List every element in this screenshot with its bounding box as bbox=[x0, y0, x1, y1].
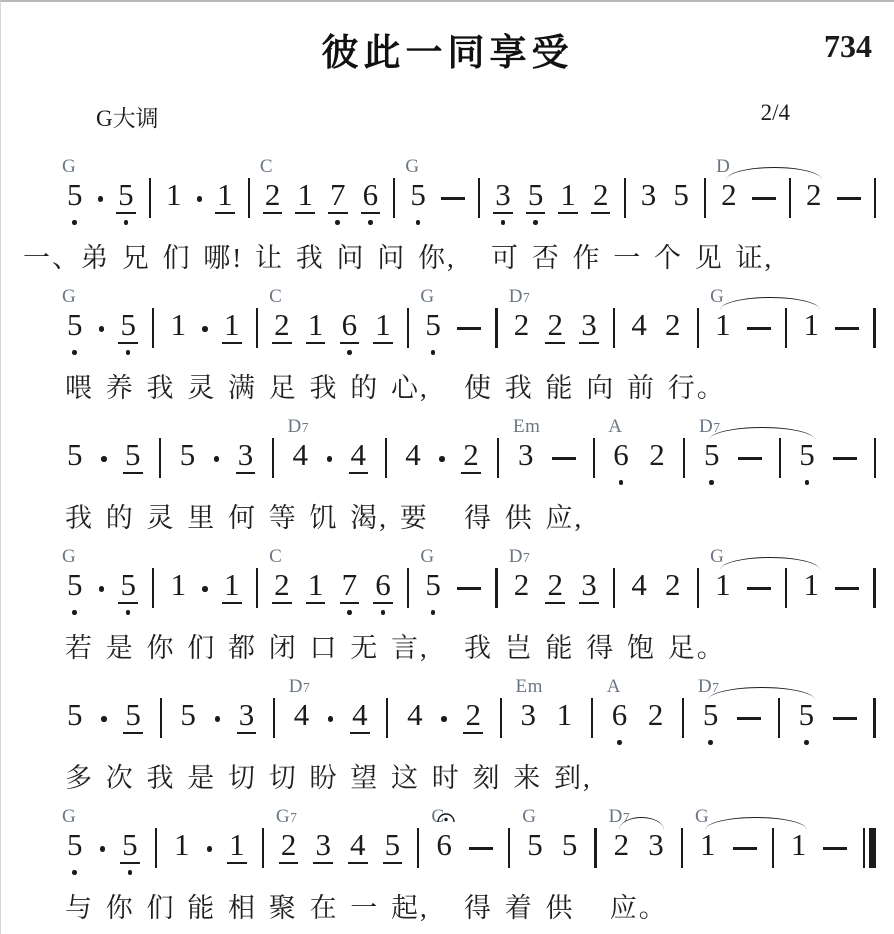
note: G1 bbox=[698, 830, 718, 864]
note: 1 bbox=[373, 310, 393, 346]
low-octave-dot bbox=[126, 610, 131, 615]
barline bbox=[497, 438, 499, 478]
note-digit: 5 bbox=[65, 440, 85, 474]
barline bbox=[385, 438, 387, 478]
sustain-dash bbox=[737, 717, 761, 720]
low-octave-dot bbox=[72, 220, 77, 225]
note: 1 bbox=[222, 570, 242, 606]
lyrics-line: 喂 养 我 灵 满 足 我 的 心, 使 我 能 向 前 行。 bbox=[65, 371, 876, 405]
chord-label: G bbox=[695, 807, 709, 826]
note: A6 bbox=[610, 700, 630, 734]
notation-line: 5553D74442Em3A62D755 bbox=[65, 414, 876, 496]
augmentation-dot bbox=[327, 456, 333, 462]
note-digit: 5 bbox=[525, 830, 545, 864]
note-digit: 5 bbox=[408, 180, 428, 214]
music-system: 5553D74442Em31A62D755多 次 我 是 切 切 盼 望 这 时… bbox=[1, 670, 894, 800]
note-digit: 3 bbox=[646, 830, 666, 864]
note: 5 bbox=[383, 830, 403, 866]
note-digit: 5 bbox=[178, 700, 198, 734]
note-digit: 3 bbox=[519, 700, 539, 734]
note-digit: 5 bbox=[116, 180, 136, 214]
note: C2 bbox=[272, 570, 292, 606]
note-digit: 2 bbox=[512, 310, 532, 344]
note: D72 bbox=[512, 570, 532, 604]
barline bbox=[152, 568, 154, 608]
note: 2 bbox=[646, 700, 666, 734]
low-octave-dot bbox=[709, 480, 714, 485]
note-digit: 2 bbox=[512, 570, 532, 604]
note-digit: 4 bbox=[629, 310, 649, 344]
chord-label: C bbox=[260, 157, 273, 176]
low-octave-dot bbox=[416, 220, 421, 225]
note: G5 bbox=[525, 830, 545, 864]
low-octave-dot bbox=[124, 220, 129, 225]
notation-line: G5511C2176G5351235D22 bbox=[65, 154, 876, 236]
note: 1 bbox=[227, 830, 247, 866]
barline bbox=[495, 308, 497, 348]
note: 2 bbox=[804, 180, 824, 214]
music-system: 5553D74442Em3A62D755我 的 灵 里 何 等 饥 渴, 要 得… bbox=[1, 410, 894, 540]
barline bbox=[682, 698, 684, 738]
note-digit: 1 bbox=[172, 830, 192, 864]
notation-line: G5511G72345C6G55D723G11 bbox=[65, 804, 876, 886]
note: 7 bbox=[340, 570, 360, 606]
note-digit: 5 bbox=[560, 830, 580, 864]
note-digit: 2 bbox=[461, 440, 481, 474]
note-digit: 2 bbox=[719, 180, 739, 214]
low-octave-dot bbox=[431, 610, 436, 615]
note-digit: 1 bbox=[558, 180, 578, 214]
augmentation-dot bbox=[328, 716, 334, 722]
note: 5 bbox=[797, 440, 817, 474]
note: 1 bbox=[802, 570, 822, 604]
note-digit: 5 bbox=[120, 830, 140, 864]
barline bbox=[873, 698, 875, 738]
note: 1 bbox=[558, 180, 578, 216]
note: D2 bbox=[719, 180, 739, 214]
note-digit: 2 bbox=[463, 700, 483, 734]
note: 3 bbox=[237, 700, 257, 736]
sustain-dash bbox=[457, 587, 481, 590]
note-digit: 4 bbox=[405, 700, 425, 734]
note-digit: 3 bbox=[579, 310, 599, 344]
barline bbox=[772, 828, 774, 868]
barline bbox=[407, 308, 409, 348]
barline bbox=[256, 308, 258, 348]
sustain-dash bbox=[738, 457, 762, 460]
note: 2 bbox=[463, 700, 483, 736]
note-digit: 5 bbox=[423, 570, 443, 604]
note-digit: 5 bbox=[65, 310, 85, 344]
augmentation-dot bbox=[202, 586, 208, 592]
note-digit: 5 bbox=[118, 570, 138, 604]
augmentation-dot bbox=[101, 456, 107, 462]
sustain-dash bbox=[837, 197, 861, 200]
barline bbox=[874, 178, 876, 218]
barline bbox=[683, 438, 685, 478]
page-header: 734 彼此一同享受 G大调 2/4 bbox=[1, 22, 894, 150]
chord-label: G bbox=[420, 547, 434, 566]
note: G72 bbox=[279, 830, 299, 866]
chord-label: G bbox=[710, 287, 724, 306]
note-digit: 2 bbox=[263, 180, 283, 214]
note: 1 bbox=[802, 310, 822, 344]
chord-label: D bbox=[716, 157, 730, 176]
note-digit: 3 bbox=[579, 570, 599, 604]
note: 5 bbox=[118, 310, 138, 346]
note-digit: 5 bbox=[123, 440, 143, 474]
note-digit: 1 bbox=[227, 830, 247, 864]
note-digit: 1 bbox=[306, 310, 326, 344]
low-octave-dot bbox=[128, 870, 133, 875]
note-digit: 1 bbox=[215, 180, 235, 214]
note-digit: 2 bbox=[612, 830, 632, 864]
note-digit: 5 bbox=[65, 570, 85, 604]
note-digit: 6 bbox=[340, 310, 360, 344]
augmentation-dot bbox=[439, 456, 445, 462]
notation-area: G5511C2176G5351235D22一、弟 兄 们 哪! 让 我 问 问 … bbox=[1, 150, 894, 930]
hymn-title: 彼此一同享受 bbox=[1, 22, 894, 76]
barline bbox=[500, 698, 502, 738]
note-digit: 5 bbox=[423, 310, 443, 344]
note: 3 bbox=[579, 570, 599, 606]
music-system: G5511C2176G5D722342G11若 是 你 们 都 闭 口 无 言,… bbox=[1, 540, 894, 670]
low-octave-dot bbox=[533, 220, 538, 225]
low-octave-dot bbox=[335, 220, 340, 225]
barline bbox=[873, 308, 875, 348]
note: 1 bbox=[295, 180, 315, 216]
note: 5 bbox=[65, 700, 85, 734]
tie-curve bbox=[726, 167, 822, 180]
note: Em3 bbox=[519, 700, 539, 734]
barline bbox=[785, 568, 787, 608]
note-digit: 3 bbox=[639, 180, 659, 214]
barline bbox=[386, 698, 388, 738]
note-digit: 5 bbox=[65, 700, 85, 734]
note: 1 bbox=[222, 310, 242, 346]
final-barline bbox=[863, 828, 876, 868]
hymn-sheet-page: { "page": { "title": "彼此一同享受", "number":… bbox=[0, 0, 894, 934]
note: G5 bbox=[423, 310, 443, 344]
note-digit: 2 bbox=[663, 310, 683, 344]
note-digit: 2 bbox=[545, 570, 565, 604]
note: D75 bbox=[701, 700, 721, 734]
chord-label: G bbox=[62, 157, 76, 176]
barline bbox=[393, 178, 395, 218]
augmentation-dot bbox=[197, 196, 203, 202]
chord-label: Em bbox=[513, 417, 540, 436]
note-digit: 1 bbox=[698, 830, 718, 864]
note-digit: 1 bbox=[164, 180, 184, 214]
note: 2 bbox=[545, 310, 565, 346]
note: 1 bbox=[169, 310, 189, 344]
barline bbox=[624, 178, 626, 218]
note: 2 bbox=[663, 570, 683, 604]
music-system: G5511C2176G5351235D22一、弟 兄 们 哪! 让 我 问 问 … bbox=[1, 150, 894, 280]
barline bbox=[272, 438, 274, 478]
sustain-dash bbox=[469, 847, 493, 850]
note-digit: 5 bbox=[702, 440, 722, 474]
note: 6 bbox=[373, 570, 393, 606]
note-digit: 1 bbox=[295, 180, 315, 214]
augmentation-dot bbox=[99, 586, 105, 592]
lyrics-line: 与 你 们 能 相 聚 在 一 起, 得 着 供 应。 bbox=[65, 891, 876, 925]
notation-line: G5511C2161G5D722342G11 bbox=[65, 284, 876, 366]
note: 2 bbox=[663, 310, 683, 344]
note: D74 bbox=[292, 700, 312, 734]
sustain-dash bbox=[835, 327, 859, 330]
barline bbox=[159, 438, 161, 478]
note: 5 bbox=[178, 440, 198, 474]
note-digit: 7 bbox=[328, 180, 348, 214]
note: C2 bbox=[272, 310, 292, 346]
note-digit: 4 bbox=[349, 440, 369, 474]
barline bbox=[779, 438, 781, 478]
barline bbox=[508, 828, 510, 868]
note: 4 bbox=[349, 440, 369, 476]
low-octave-dot bbox=[619, 480, 624, 485]
chord-label: G bbox=[405, 157, 419, 176]
augmentation-dot bbox=[441, 716, 447, 722]
barline bbox=[594, 828, 596, 868]
chord-label: G bbox=[62, 287, 76, 306]
note: 1 bbox=[789, 830, 809, 864]
note: 4 bbox=[629, 310, 649, 344]
note-digit: 3 bbox=[516, 440, 536, 474]
note-digit: 1 bbox=[169, 570, 189, 604]
low-octave-dot bbox=[708, 740, 713, 745]
note: 1 bbox=[555, 700, 575, 734]
note: 5 bbox=[560, 830, 580, 864]
chord-label: C bbox=[269, 287, 282, 306]
barline bbox=[256, 568, 258, 608]
note-digit: 2 bbox=[646, 700, 666, 734]
barline bbox=[874, 438, 876, 478]
note-digit: 6 bbox=[611, 440, 631, 474]
chord-label: A bbox=[607, 677, 621, 696]
low-octave-dot bbox=[381, 610, 386, 615]
low-octave-dot bbox=[368, 220, 373, 225]
note: 5 bbox=[123, 440, 143, 476]
low-octave-dot bbox=[72, 610, 77, 615]
note: 4 bbox=[405, 700, 425, 734]
barline bbox=[681, 828, 683, 868]
note: Em3 bbox=[516, 440, 536, 474]
low-octave-dot bbox=[431, 350, 436, 355]
note-digit: 4 bbox=[403, 440, 423, 474]
note-digit: 5 bbox=[65, 180, 85, 214]
chord-label: G bbox=[522, 807, 536, 826]
note: 5 bbox=[671, 180, 691, 214]
note: 5 bbox=[123, 700, 143, 736]
augmentation-dot bbox=[214, 456, 220, 462]
note-digit: 1 bbox=[802, 570, 822, 604]
sustain-dash bbox=[833, 457, 857, 460]
note: 6 bbox=[340, 310, 360, 346]
note: G5 bbox=[65, 570, 85, 604]
note-digit: 2 bbox=[272, 570, 292, 604]
tie-curve bbox=[708, 687, 815, 700]
barline bbox=[873, 568, 875, 608]
note: 6 bbox=[361, 180, 381, 216]
note: 1 bbox=[306, 310, 326, 346]
note: 2 bbox=[461, 440, 481, 476]
note-digit: 5 bbox=[65, 830, 85, 864]
note: 2 bbox=[591, 180, 611, 216]
note: D75 bbox=[702, 440, 722, 474]
low-octave-dot bbox=[617, 740, 622, 745]
barline bbox=[697, 568, 699, 608]
note-digit: 2 bbox=[545, 310, 565, 344]
sustain-dash bbox=[747, 327, 771, 330]
chord-label: D7 bbox=[289, 677, 310, 697]
hymn-number: 734 bbox=[824, 28, 872, 65]
low-octave-dot bbox=[804, 740, 809, 745]
lyrics-line: 我 的 灵 里 何 等 饥 渴, 要 得 供 应, bbox=[65, 501, 876, 535]
note: 5 bbox=[526, 180, 546, 216]
augmentation-dot bbox=[202, 326, 208, 332]
barline bbox=[478, 178, 480, 218]
low-octave-dot bbox=[72, 870, 77, 875]
lyrics-line: 多 次 我 是 切 切 盼 望 这 时 刻 来 到, bbox=[65, 761, 876, 795]
barline bbox=[273, 698, 275, 738]
low-octave-dot bbox=[347, 350, 352, 355]
sustain-dash bbox=[833, 717, 857, 720]
note: 1 bbox=[172, 830, 192, 864]
low-octave-dot bbox=[347, 610, 352, 615]
note-digit: 1 bbox=[222, 570, 242, 604]
note: D74 bbox=[291, 440, 311, 474]
note-digit: 3 bbox=[313, 830, 333, 864]
note: 2 bbox=[545, 570, 565, 606]
note-digit: 2 bbox=[279, 830, 299, 864]
note: 3 bbox=[313, 830, 333, 866]
sustain-dash bbox=[823, 847, 847, 850]
note: 5 bbox=[116, 180, 136, 216]
chord-label: G7 bbox=[276, 807, 297, 827]
note-digit: 7 bbox=[340, 570, 360, 604]
time-signature: 2/4 bbox=[761, 100, 790, 133]
note-digit: 5 bbox=[383, 830, 403, 864]
note-digit: 1 bbox=[789, 830, 809, 864]
barline bbox=[160, 698, 162, 738]
note-digit: 5 bbox=[701, 700, 721, 734]
note-digit: 1 bbox=[555, 700, 575, 734]
augmentation-dot bbox=[98, 196, 104, 202]
note-digit: 6 bbox=[610, 700, 630, 734]
tie-curve bbox=[709, 427, 815, 440]
barline bbox=[697, 308, 699, 348]
note: 5 bbox=[118, 570, 138, 606]
chord-label: G bbox=[62, 807, 76, 826]
note: 3 bbox=[646, 830, 666, 864]
fermata-icon bbox=[436, 810, 456, 828]
note-digit: 5 bbox=[526, 180, 546, 214]
note-digit: 1 bbox=[222, 310, 242, 344]
note-digit: 4 bbox=[629, 570, 649, 604]
note: D72 bbox=[612, 830, 632, 864]
note-digit: 5 bbox=[118, 310, 138, 344]
note: 3 bbox=[579, 310, 599, 346]
note: D72 bbox=[512, 310, 532, 344]
sustain-dash bbox=[733, 847, 757, 850]
chord-label: C bbox=[269, 547, 282, 566]
note: 5 bbox=[120, 830, 140, 866]
barline bbox=[704, 178, 706, 218]
note: G5 bbox=[408, 180, 428, 214]
note: C6 bbox=[434, 830, 454, 864]
note-digit: 3 bbox=[493, 180, 513, 214]
low-octave-dot bbox=[72, 350, 77, 355]
barline bbox=[613, 308, 615, 348]
sustain-dash bbox=[752, 197, 776, 200]
note: G1 bbox=[713, 570, 733, 604]
note-digit: 6 bbox=[373, 570, 393, 604]
note: A6 bbox=[611, 440, 631, 474]
note: G5 bbox=[65, 310, 85, 344]
note-digit: 3 bbox=[236, 440, 256, 474]
note-digit: 3 bbox=[237, 700, 257, 734]
note-digit: 5 bbox=[797, 700, 817, 734]
sustain-dash bbox=[552, 457, 576, 460]
note-digit: 5 bbox=[671, 180, 691, 214]
low-octave-dot bbox=[501, 220, 506, 225]
note: G5 bbox=[65, 830, 85, 864]
tie-curve bbox=[720, 557, 820, 570]
chord-label: G bbox=[62, 547, 76, 566]
chord-label: D7 bbox=[288, 417, 309, 437]
note-digit: 1 bbox=[802, 310, 822, 344]
note-digit: 1 bbox=[713, 310, 733, 344]
key-signature: G大调 bbox=[96, 100, 159, 133]
note: G5 bbox=[423, 570, 443, 604]
chord-label: D7 bbox=[509, 287, 530, 307]
note-digit: 4 bbox=[348, 830, 368, 864]
note-digit: 4 bbox=[292, 700, 312, 734]
note-digit: 5 bbox=[123, 700, 143, 734]
note-digit: 6 bbox=[434, 830, 454, 864]
sustain-dash bbox=[441, 197, 465, 200]
barline bbox=[152, 308, 154, 348]
note-digit: 6 bbox=[361, 180, 381, 214]
note: 3 bbox=[236, 440, 256, 476]
chord-label: G bbox=[710, 547, 724, 566]
note-digit: 1 bbox=[373, 310, 393, 344]
notation-line: 5553D74442Em31A62D755 bbox=[65, 674, 876, 756]
note-digit: 4 bbox=[350, 700, 370, 734]
sustain-dash bbox=[835, 587, 859, 590]
note: 1 bbox=[169, 570, 189, 604]
chord-label: G bbox=[420, 287, 434, 306]
tie-curve bbox=[705, 817, 807, 830]
music-system: G5511C2161G5D722342G11喂 养 我 灵 满 足 我 的 心,… bbox=[1, 280, 894, 410]
lyrics-line: 一、弟 兄 们 哪! 让 我 问 问 你, 可 否 作 一 个 见 证, bbox=[23, 241, 876, 275]
barline bbox=[248, 178, 250, 218]
note-digit: 1 bbox=[169, 310, 189, 344]
note-digit: 5 bbox=[797, 440, 817, 474]
music-system: G5511G72345C6G55D723G11与 你 们 能 相 聚 在 一 起… bbox=[1, 800, 894, 930]
chord-label: A bbox=[608, 417, 622, 436]
low-octave-dot bbox=[805, 480, 810, 485]
note: 1 bbox=[306, 570, 326, 606]
barline bbox=[593, 438, 595, 478]
augmentation-dot bbox=[207, 846, 213, 852]
note: 1 bbox=[215, 180, 235, 216]
barline bbox=[417, 828, 419, 868]
note-digit: 2 bbox=[272, 310, 292, 344]
note-digit: 1 bbox=[306, 570, 326, 604]
note: 5 bbox=[178, 700, 198, 734]
